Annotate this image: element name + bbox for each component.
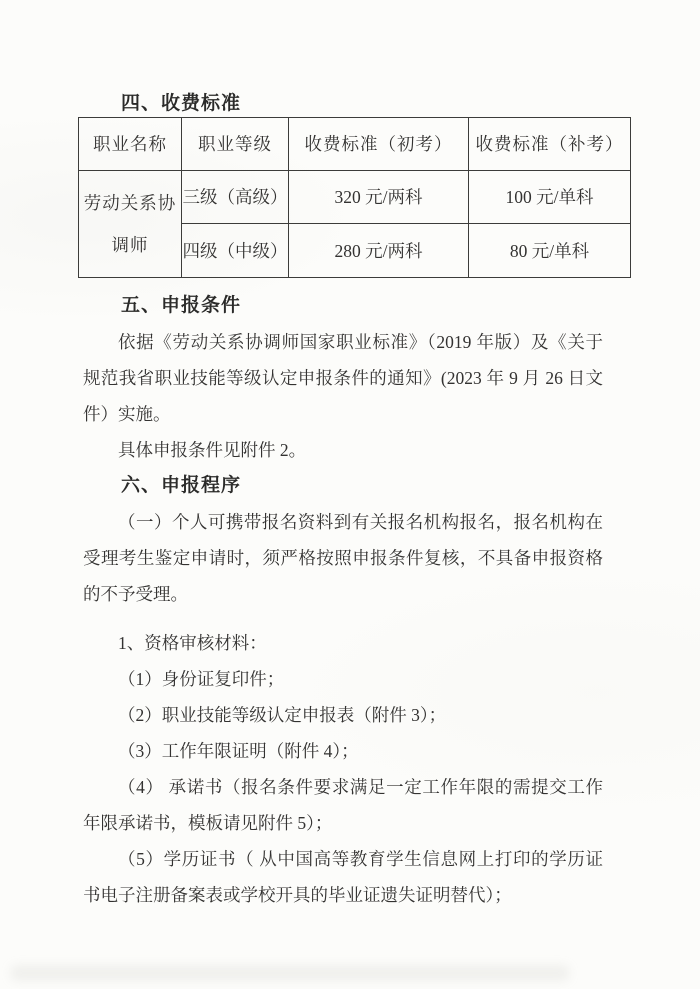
cell-occupation-name: 劳动关系协调师 <box>79 171 182 278</box>
material-item-education-certificate: （5）学历证书（ 从中国高等教育学生信息网上打印的学历证书电子注册备案表或学校开… <box>83 841 603 913</box>
conditions-basis-paragraph: 依据《劳动关系协调师国家职业标准》（2019 年版）及《关于规范我省职业技能等级… <box>83 324 603 432</box>
material-item-id-copy: （1）身份证复印件； <box>83 661 603 697</box>
fee-standards-table: 职业名称 职业等级 收费标准（初考） 收费标准（补考） 劳动关系协调师 三级（高… <box>78 117 631 278</box>
section-fees-heading: 四、收费标准 <box>83 93 603 115</box>
conditions-attachment-paragraph: 具体申报条件见附件 2。 <box>83 432 603 468</box>
header-fee-first-exam: 收费标准（初考） <box>289 118 469 171</box>
table-row-level-3: 劳动关系协调师 三级（高级） 320 元/两科 100 元/单科 <box>79 171 631 224</box>
materials-list-title: 1、资格审核材料： <box>83 625 603 661</box>
material-item-work-years-proof: （3）工作年限证明（附件 4）； <box>83 733 603 769</box>
material-item-application-form: （2）职业技能等级认定申报表（附件 3）； <box>83 697 603 733</box>
cell-level-3-makeup-exam-fee: 100 元/单科 <box>469 171 631 224</box>
material-item-commitment-letter: （4） 承诺书（报名条件要求满足一定工作年限的需提交工作年限承诺书，模板请见附件… <box>83 769 603 841</box>
cell-level-3-first-exam-fee: 320 元/两科 <box>289 171 469 224</box>
cell-level-4-first-exam-fee: 280 元/两科 <box>289 224 469 278</box>
scan-artifact <box>10 965 570 981</box>
cell-level-4-makeup-exam-fee: 80 元/单科 <box>469 224 631 278</box>
section-conditions-heading: 五、申报条件 <box>83 288 603 324</box>
header-occupation-level: 职业等级 <box>182 118 289 171</box>
header-fee-makeup-exam: 收费标准（补考） <box>469 118 631 171</box>
procedure-intro-paragraph: （一）个人可携带报名资料到有关报名机构报名，报名机构在受理考生鉴定申请时，须严格… <box>83 504 603 612</box>
fee-table-header-row: 职业名称 职业等级 收费标准（初考） 收费标准（补考） <box>79 118 631 171</box>
section-procedure-heading: 六、申报程序 <box>83 468 603 504</box>
cell-level-4: 四级（中级） <box>182 224 289 278</box>
document-content: 四、收费标准 职业名称 职业等级 收费标准（初考） 收费标准（补考） 劳动关系协… <box>83 93 603 913</box>
cell-level-3: 三级（高级） <box>182 171 289 224</box>
header-occupation-name: 职业名称 <box>79 118 182 171</box>
scanned-document-page: 四、收费标准 职业名称 职业等级 收费标准（初考） 收费标准（补考） 劳动关系协… <box>0 0 700 989</box>
